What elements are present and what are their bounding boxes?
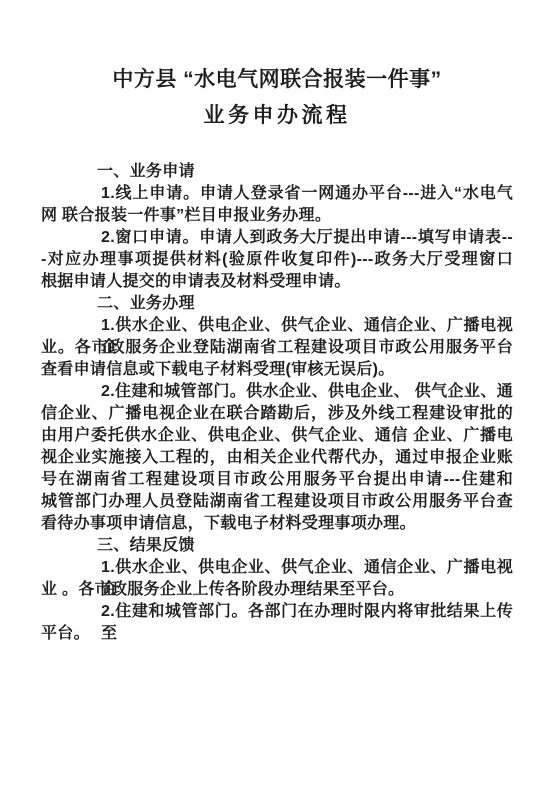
paragraph-line: 2.住建和城管部门。供水企业、供电企业、 供气企业、通 [41, 381, 513, 403]
section-heading-2: 二、业务办理 [41, 293, 513, 315]
paragraph-line: 1.供水企业、供电企业、供气企业、通信企业、广播电视企 [41, 315, 513, 337]
paragraph-line: 看待办事项申请信息，下载电子材料受理事项办理。 [41, 513, 513, 535]
document-title-line1: 中方县 “水电气网联合报装一件事” [41, 62, 513, 98]
paragraph-line: 1.线上申请。申请人登录省一网通办平台---进入“水电气 [41, 183, 513, 205]
paragraph-line: 业 。各市政服务企业上传各阶段办理结果至平台。 [41, 579, 513, 601]
paragraph-line: 信企业、广播电视企业在联合踏勘后，涉及外线工程建设审批的 [41, 403, 513, 425]
paragraph-line: 网 联合报装一件事”栏目申报业务办理。 [41, 205, 513, 227]
paragraph-line: 业。各市政服务企业登陆湖南省工程建设项目市政公用服务平台 [41, 337, 513, 359]
paragraph-line: -对应办理事项提供材料(验原件收复印件)---政务大厅受理窗口 [41, 249, 513, 271]
paragraph-line: 由用户委托供水企业、供电企业、供气企业、通信 企业、广播电 [41, 425, 513, 447]
paragraph-line: 号在湖南省工程建设项目市政公用服务平台提出申请---住建和 [41, 469, 513, 491]
paragraph-line: 1.供水企业、供电企业、供气企业、通信企业、广播电视企 [41, 557, 513, 579]
document-title-line2: 业务申办流程 [41, 98, 513, 134]
paragraph-line: 查看申请信息或下载电子材料受理(审核无误后)。 [41, 359, 513, 381]
paragraph-line: 根据申请人提交的申请表及材料受理申请。 [41, 271, 513, 293]
document-page: 中方县 “水电气网联合报装一件事” 业务申办流程 一、业务申请1.线上申请。申请… [0, 0, 559, 793]
paragraph-line: 2.窗口申请。申请人到政务大厅提出申请---填写申请表-- [41, 227, 513, 249]
paragraph-line: 视企业实施接入工程的，由相关企业代帮代办，通过申报企业账 [41, 447, 513, 469]
document-title: 中方县 “水电气网联合报装一件事” 业务申办流程 [41, 62, 513, 134]
paragraph-line: 2.住建和城管部门。各部门在办理时限内将审批结果上传至 [41, 601, 513, 623]
paragraph-line: 城管部门办理人员登陆湖南省工程建设项目市政公用服务平台查 [41, 491, 513, 513]
document-body: 一、业务申请1.线上申请。申请人登录省一网通办平台---进入“水电气网 联合报装… [41, 161, 513, 645]
section-heading-1: 一、业务申请 [41, 161, 513, 183]
section-heading-3: 三、结果反馈 [41, 535, 513, 557]
